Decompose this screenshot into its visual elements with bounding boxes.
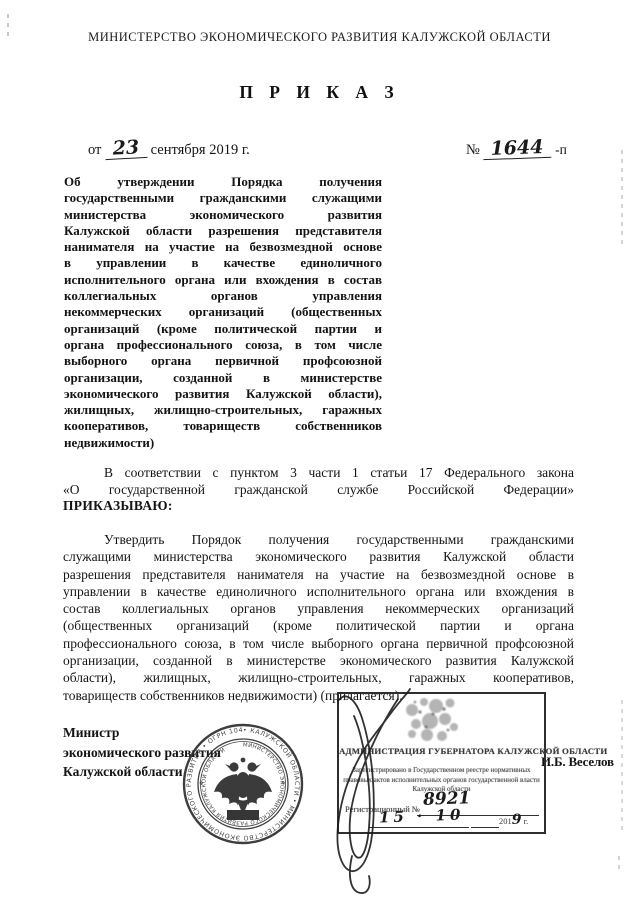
official-round-seal: • КАЛУЖСКОЙ ОБЛАСТИ • МИНИСТЕРСТВО ЭКОНО… [181,722,305,846]
text-line: государственными гражданскими служащими [64,190,382,206]
document-number-line: № 1644 -п [466,139,567,159]
text-line: некоммерческих организаций (общественных [64,304,382,320]
scan-artifact [621,700,623,830]
scan-artifact [621,150,623,245]
text-line: организации, созданной в министерстве [64,370,382,386]
date-line: от 23 сентября 2019 г. [88,139,250,159]
double-headed-eagle-icon [214,758,272,815]
date-suffix: сентября 2019 г. [151,142,250,158]
text-line: состав коллегиальных органов управления … [63,600,574,617]
organization-header: МИНИСТЕРСТВО ЭКОНОМИЧЕСКОГО РАЗВИТИЯ КАЛ… [0,30,639,45]
text-line: в управлении в качестве единоличного [64,255,382,271]
handwritten-year-digit: 9 [512,812,522,828]
seal-bottom-block [227,810,259,820]
seal-star-right: * [281,780,286,790]
text-line: Калужской области разрешения представите… [64,223,382,239]
text-line: органа профессионального союза, в том чи… [64,337,382,353]
handwritten-number: 1644 [483,138,552,160]
text-line: Об утверждении Порядка получения [64,174,382,190]
scanned-order-document: МИНИСТЕРСТВО ЭКОНОМИЧЕСКОГО РАЗВИТИЯ КАЛ… [0,0,639,904]
signer-name: И.Б. Веселов [541,754,614,770]
document-title: П Р И К А З [0,82,639,103]
text-line: исполнительного органа или вхождения в с… [64,272,382,288]
text-line: (общественных организаций (кроме политич… [63,617,574,634]
text-line: области), жилищных, жилищно-строительных… [63,669,574,686]
handwritten-day: 23 [105,138,148,160]
text-line: служащими министерства экономического ра… [63,548,574,565]
order-body-paragraph: Утвердить Порядок получения государствен… [63,531,574,704]
registration-year-underline [471,827,499,828]
text-line: Зарегистрировано в Государственном реест… [339,766,544,776]
text-line: нанимателя на участие на безвозмездной о… [64,239,382,255]
text-line: коллегиальных органов управления [64,288,382,304]
text-line: экономического развития Калужской област… [64,386,382,402]
order-subject: Об утверждении Порядка получениягосударс… [64,174,382,451]
text-line: министерства экономического развития [64,207,382,223]
order-word: ПРИКАЗЫВАЮ: [63,498,173,514]
text-line: организаций (кроме политической партии и [64,321,382,337]
text-line: В соответствии с пунктом 3 части 1 стать… [63,464,574,481]
preamble-paragraph: В соответствии с пунктом 3 части 1 стать… [63,464,574,498]
scan-artifact [7,14,9,38]
registration-stamp-header: АДМИНИСТРАЦИЯ ГУБЕРНАТОРА КАЛУЖСКОЙ ОБЛА… [339,746,544,756]
text-line: выборного органа первичной профсоюзной [64,353,382,369]
text-line: управлении в качестве единоличного испол… [63,583,574,600]
text-line: профессионального союза, в том числе выб… [63,635,574,652]
number-suffix: -п [555,142,567,157]
text-line: кооперативов, товариществ собственников [64,418,382,434]
text-line: «О государственной гражданской службе Ро… [63,481,574,498]
text-line: правовых актов исполнительных органов го… [339,776,544,786]
text-line: недвижимости) [64,435,382,451]
text-line: разрешения представителя нанимателя на у… [63,566,574,583]
handwritten-registration-date: 15 · 10 [379,806,465,827]
seal-star-left: * [199,780,204,790]
number-sign: № [466,142,480,158]
ink-stamp-blob [400,694,464,742]
registration-date-underline [369,827,469,828]
text-line: организации, созданной в министерстве эк… [63,652,574,669]
text-line: жилищных, жилищно-строительных, гаражных [64,402,382,418]
date-prefix: от [88,142,101,158]
scan-artifact [618,856,620,872]
text-line: Утвердить Порядок получения государствен… [63,531,574,548]
registration-year: 2019 г. [499,812,528,828]
